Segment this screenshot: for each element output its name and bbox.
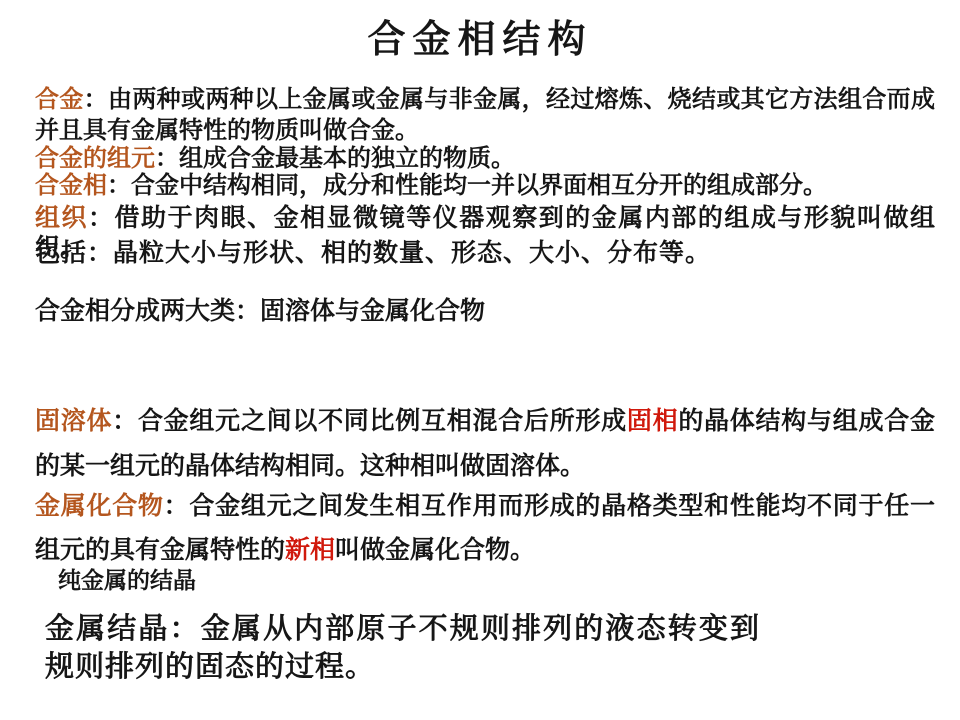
term-separator: ：	[107, 172, 131, 199]
definition-component: 合金的组元：组成合金最基本的独立的物质。	[35, 144, 935, 174]
definition-alloy: 合金：由两种或两种以上金属或金属与非金属，经过熔炼、烧结或其它方法组合而成并且具…	[35, 84, 935, 146]
term-separator: ：	[112, 407, 138, 435]
subheading-pure-metal-crystallization: 纯金属的结晶	[58, 565, 458, 595]
definition-solid-solution: 固溶体：合金组元之间以不同比例互相混合后所形成固相的晶体结构与组成合金的某一组元…	[35, 399, 935, 489]
term-label-component: 合金的组元	[35, 145, 155, 172]
statement-text: 合金相分成两大类：固溶体与金属化合物	[35, 297, 485, 325]
definition-text: 由两种或两种以上金属或金属与非金属，经过熔炼、烧结或其它方法组合而成并且具有金属…	[35, 86, 935, 144]
subheading-text: 纯金属的结晶	[58, 567, 196, 593]
term-label-include: 包括	[35, 239, 87, 267]
definition-text-pre: 合金组元之间以不同比例互相混合后所形成	[138, 407, 627, 435]
page-title: 合金相结构	[0, 16, 960, 64]
term-label-phase: 合金相	[35, 172, 107, 199]
term-label-alloy: 合金	[35, 86, 84, 113]
definition-include: 包括：晶粒大小与形状、相的数量、形态、大小、分布等。	[35, 238, 935, 268]
term-separator: ：	[84, 86, 108, 113]
definition-metal-crystallization: 金属结晶：金属从内部原子不规则排列的液态转变到规则排列的固态的过程。	[45, 610, 760, 686]
slide-alloy-phase-structure: 合金相结构 合金：由两种或两种以上金属或金属与非金属，经过熔炼、烧结或其它方法组…	[0, 0, 960, 720]
term-label-solid-solution: 固溶体	[35, 407, 112, 435]
term-separator: ：	[88, 204, 115, 232]
term-label-crystallization: 金属结晶	[45, 613, 170, 645]
term-separator: ：	[87, 239, 113, 267]
statement-two-types: 合金相分成两大类：固溶体与金属化合物	[35, 296, 935, 326]
term-label-structure: 组织	[35, 204, 88, 232]
definition-text: 合金中结构相同，成分和性能均一并以界面相互分开的组成部分。	[131, 172, 827, 199]
term-separator: ：	[170, 613, 201, 645]
highlight-term-new-phase: 新相	[285, 536, 335, 564]
definition-phase: 合金相：合金中结构相同，成分和性能均一并以界面相互分开的组成部分。	[35, 171, 935, 201]
definition-metal-compound: 金属化合物：合金组元之间发生相互作用而形成的晶格类型和性能均不同于任一组元的具有…	[35, 484, 935, 572]
term-label-metal-compound: 金属化合物	[35, 492, 164, 520]
term-separator: ：	[155, 145, 179, 172]
definition-text-post: 叫做金属化合物。	[335, 536, 535, 564]
highlight-term-solid-phase: 固相	[627, 407, 678, 435]
definition-text: 晶粒大小与形状、相的数量、形态、大小、分布等。	[113, 239, 711, 267]
term-separator: ：	[164, 492, 190, 520]
definition-text: 组成合金最基本的独立的物质。	[179, 145, 515, 172]
